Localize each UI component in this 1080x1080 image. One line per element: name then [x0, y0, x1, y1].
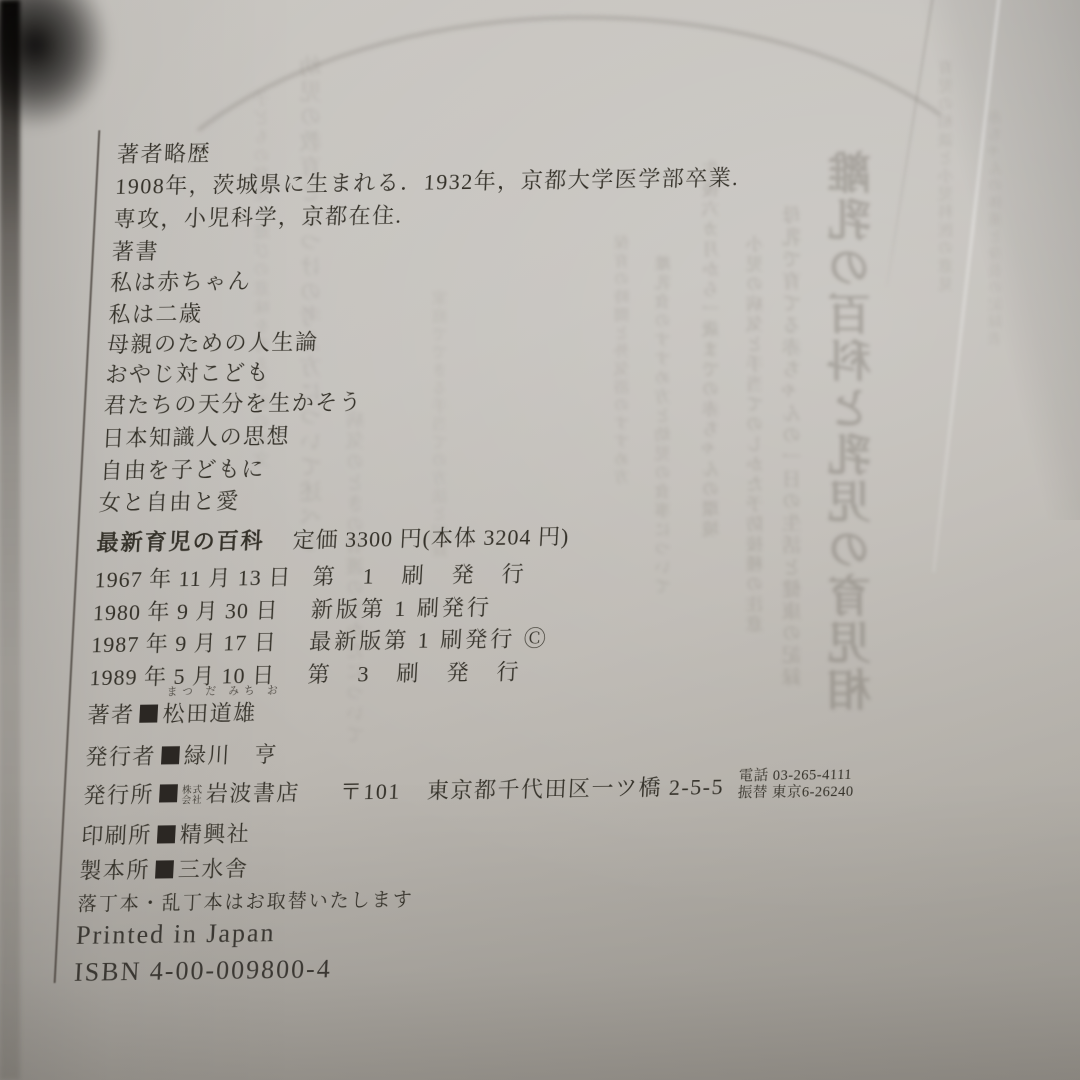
edition-label: 第 1 刷 発 行: [312, 561, 527, 589]
book-title: 日本知識人の思想: [101, 420, 291, 454]
edition-label: 新版第 1 刷発行: [310, 595, 492, 623]
black-square-separator: [156, 825, 175, 843]
defective-copy-notice: 落丁本・乱丁本はお取替いたします: [77, 885, 414, 917]
black-square-separator: [159, 785, 178, 803]
ghost-text-column: 赤ちゃんの体重と身長の記録表: [988, 110, 1006, 490]
black-square-separator: [139, 704, 158, 722]
colophon-printer-row: 印刷所精興社: [81, 817, 252, 850]
bindery-name: 三水舎: [177, 856, 249, 882]
contact-block: 電話 03-265-4111振替 東京6-26240: [737, 767, 855, 803]
book-colophon-page-photo: 離乳の百科と乳児の育児相談室 母乳で育てる赤ちゃんの一日の生活と健康の記録 小児…: [0, 0, 1080, 1080]
black-square-separator: [161, 746, 180, 764]
edition-line: 1980 年 9 月 30 日新版第 1 刷発行: [92, 591, 493, 628]
colophon-publishing-house-row: 発行所株式会社岩波書店〒101東京都千代田区一ツ橋 2-5-5電話 03-265…: [83, 767, 855, 813]
publishing-house-name: 岩波書店: [205, 780, 300, 806]
colophon-label: 著者: [87, 702, 135, 728]
books-heading: 著書: [111, 234, 160, 266]
company-type-bottom: 会社: [181, 796, 203, 807]
page-edge-line: [932, 0, 1003, 572]
edition-line: 1967 年 11 月 13 日第 1 刷 発 行: [94, 557, 528, 594]
book-title: 自由を子どもに: [100, 452, 266, 485]
author-bio-line: 専攻，小児科学，京都在住.: [113, 199, 404, 234]
gutter-shadow: [0, 0, 20, 1080]
edition-label: 第 3 刷 発 行: [307, 659, 522, 687]
postal-transfer: 振替 東京6-26240: [737, 784, 854, 803]
ghost-text-column: 育児の相談と小児科医の意見: [938, 60, 957, 490]
colophon-publisher-row: 発行者緑川 亨: [85, 738, 279, 772]
main-book-title: 最新育児の百科: [96, 528, 265, 555]
book-title: 君たちの天分を生かそう: [103, 386, 363, 421]
edition-line: 1989 年 5 月 10 日第 3 刷 発 行: [89, 655, 523, 692]
edition-date: 1967 年 11 月 13 日: [94, 560, 314, 594]
printer-name: 精興社: [179, 821, 251, 847]
colophon-label: 製本所: [79, 858, 151, 884]
publisher-name: 緑川 亨: [183, 742, 278, 768]
author-bio-heading: 著者略歴: [116, 137, 212, 169]
corner-shadow: [0, 0, 110, 130]
colophon-label: 発行所: [83, 782, 155, 808]
price: 定価 3300 円(本体 3204 円): [292, 524, 570, 553]
edition-date: 1980 年 9 月 30 日: [92, 593, 312, 627]
black-square-separator: [155, 860, 174, 878]
edition-date: 1987 年 9 月 17 日: [91, 625, 311, 659]
address: 東京都千代田区一ツ橋 2-5-5: [426, 774, 724, 803]
colophon-label: 発行者: [85, 744, 157, 770]
colophon-author-row: 著者まつ だ みち お松田道雄: [87, 696, 258, 729]
isbn: ISBN 4-00-009800-4: [73, 954, 332, 988]
colophon-content: 著者略歴 1908年，茨城県に生まれる．1932年，京都大学医学部卒業. 専攻，…: [72, 125, 918, 1017]
furigana: まつ だ みち お: [166, 683, 283, 700]
spacer: [300, 799, 340, 800]
author-name: 松田道雄: [162, 700, 257, 726]
phone-number: 電話 03-265-4111: [738, 767, 855, 786]
book-title: 私は二歳: [108, 297, 204, 329]
edition-label: 最新版第 1 刷発行 Ⓒ: [309, 626, 550, 654]
book-title: おやじ対こども: [105, 356, 271, 389]
printed-in-japan: Printed in Japan: [75, 918, 276, 951]
book-title-price-line: 最新育児の百科定価 3300 円(本体 3204 円): [96, 520, 570, 558]
postal-code: 〒101: [339, 778, 401, 804]
edition-line: 1987 年 9 月 17 日最新版第 1 刷発行 Ⓒ: [91, 622, 550, 659]
book-title: 私は赤ちゃん: [110, 264, 253, 297]
book-title: 女と自由と愛: [98, 484, 241, 517]
company-type-stack: 株式会社: [181, 786, 203, 807]
colophon-label: 印刷所: [81, 823, 153, 849]
author-name-wrap: まつ だ みち お松田道雄: [162, 696, 258, 728]
colophon-binder-row: 製本所三水舎: [79, 852, 250, 885]
book-title: 母親のための人生論: [106, 325, 319, 359]
